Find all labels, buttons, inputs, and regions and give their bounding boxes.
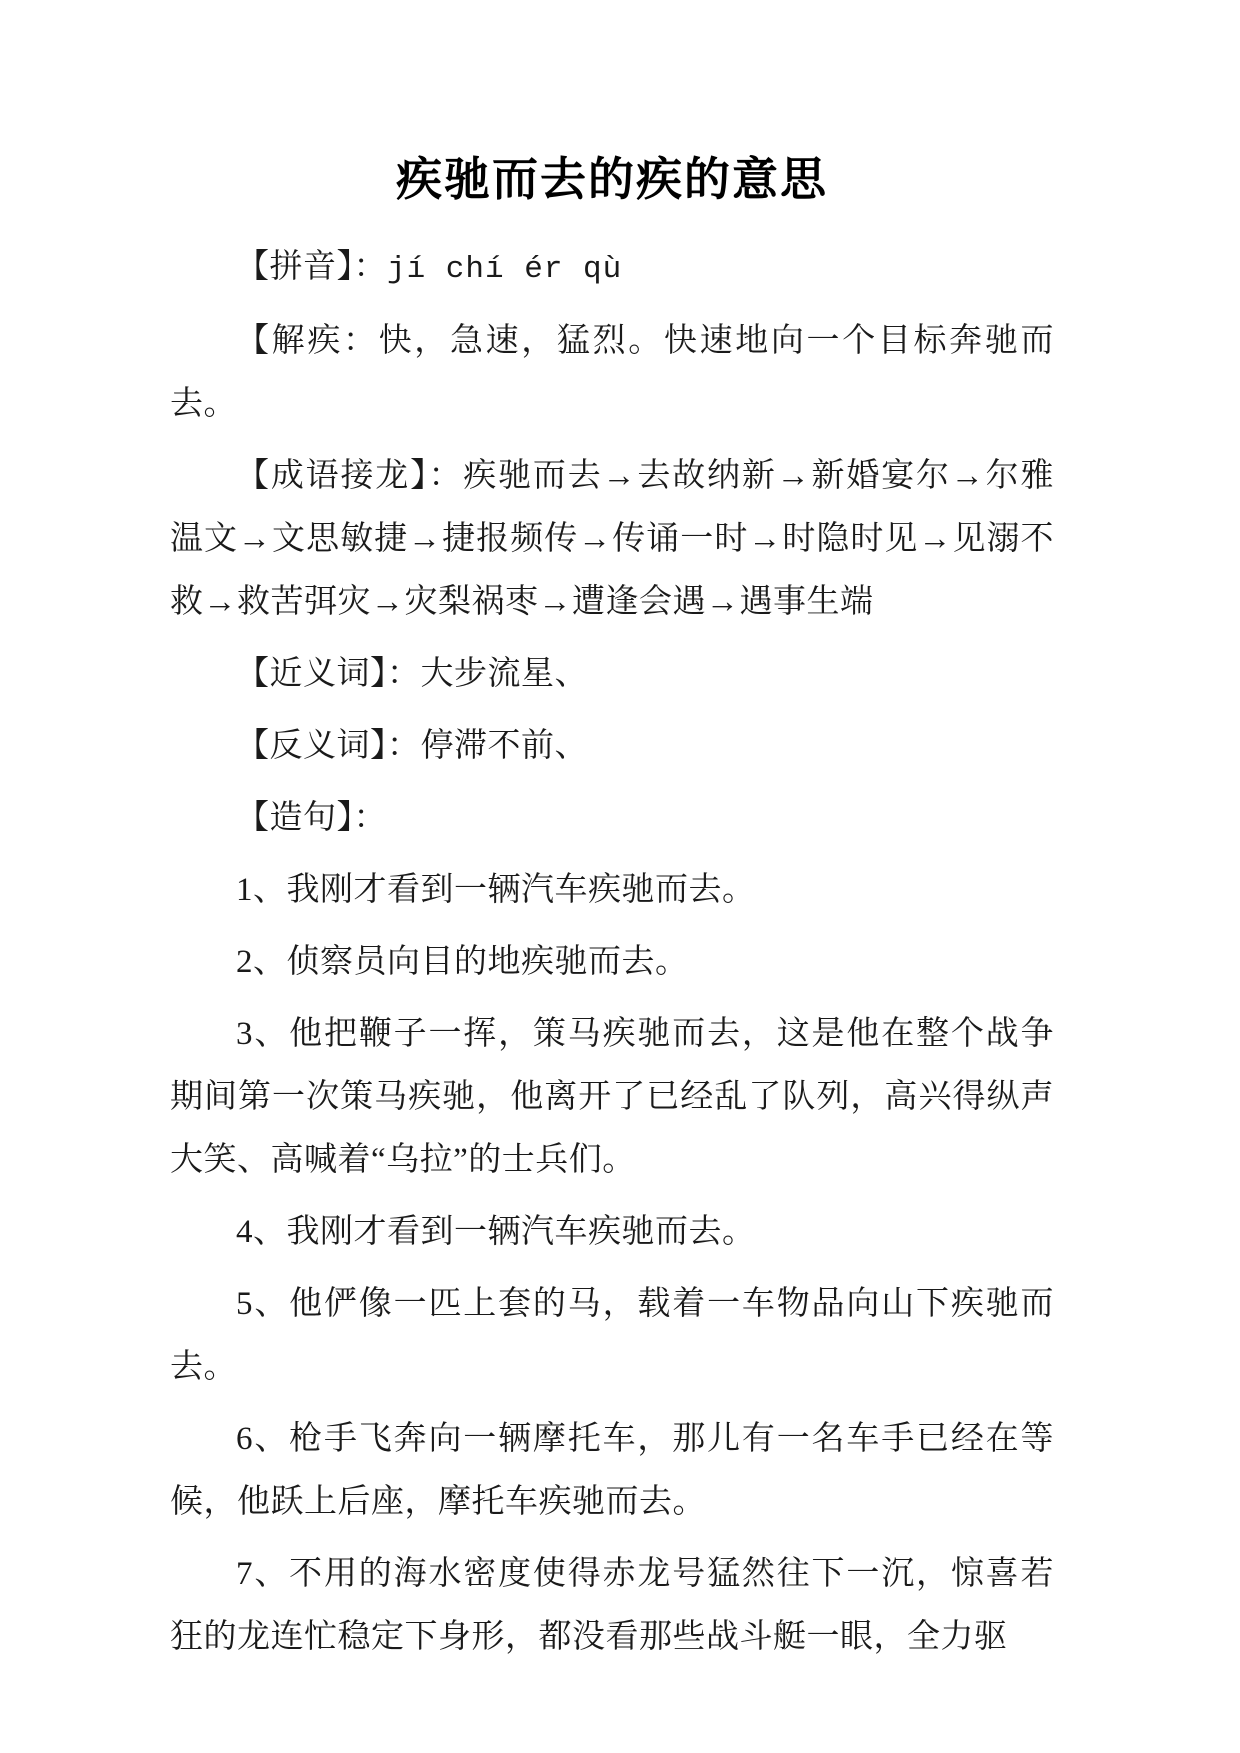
- sentence-7: 7、不用的海水密度使得赤龙号猛然往下一沉，惊喜若狂的龙连忙稳定下身形，都没看那些…: [170, 1543, 1054, 1669]
- pinyin-value: jí chí ér qù: [387, 252, 622, 287]
- pinyin-label: 【拼音】：: [236, 249, 387, 285]
- paragraph-idiom-chain: 【成语接龙】：疾驰而去→去故纳新→新婚宴尔→尔雅温文→文思敏捷→捷报频传→传诵一…: [170, 445, 1054, 634]
- sentence-1: 1、我刚才看到一辆汽车疾驰而去。: [170, 859, 1054, 922]
- sentence-3: 3、他把鞭子一挥，策马疾驰而去，这是他在整个战争期间第一次策马疾驰，他离开了已经…: [170, 1003, 1054, 1192]
- paragraph-definition: 【解疾：快，急速，猛烈。快速地向一个目标奔驰而去。: [170, 310, 1054, 436]
- paragraph-antonyms: 【反义词】：停滞不前、: [170, 715, 1054, 778]
- document-page: 疾驰而去的疾的意思 【拼音】：jí chí ér qù 【解疾：快，急速，猛烈。…: [0, 0, 1240, 1753]
- sentence-2: 2、侦察员向目的地疾驰而去。: [170, 931, 1054, 994]
- sentence-4: 4、我刚才看到一辆汽车疾驰而去。: [170, 1201, 1054, 1264]
- paragraph-synonyms: 【近义词】：大步流星、: [170, 643, 1054, 706]
- sentence-5: 5、他俨像一匹上套的马，载着一车物品向山下疾驰而去。: [170, 1273, 1054, 1399]
- sentence-6: 6、枪手飞奔向一辆摩托车，那儿有一名车手已经在等候，他跃上后座，摩托车疾驰而去。: [170, 1408, 1054, 1534]
- paragraph-pinyin: 【拼音】：jí chí ér qù: [170, 236, 1054, 301]
- paragraph-sentences-heading: 【造句】：: [170, 787, 1054, 850]
- document-title: 疾驰而去的疾的意思: [170, 150, 1054, 208]
